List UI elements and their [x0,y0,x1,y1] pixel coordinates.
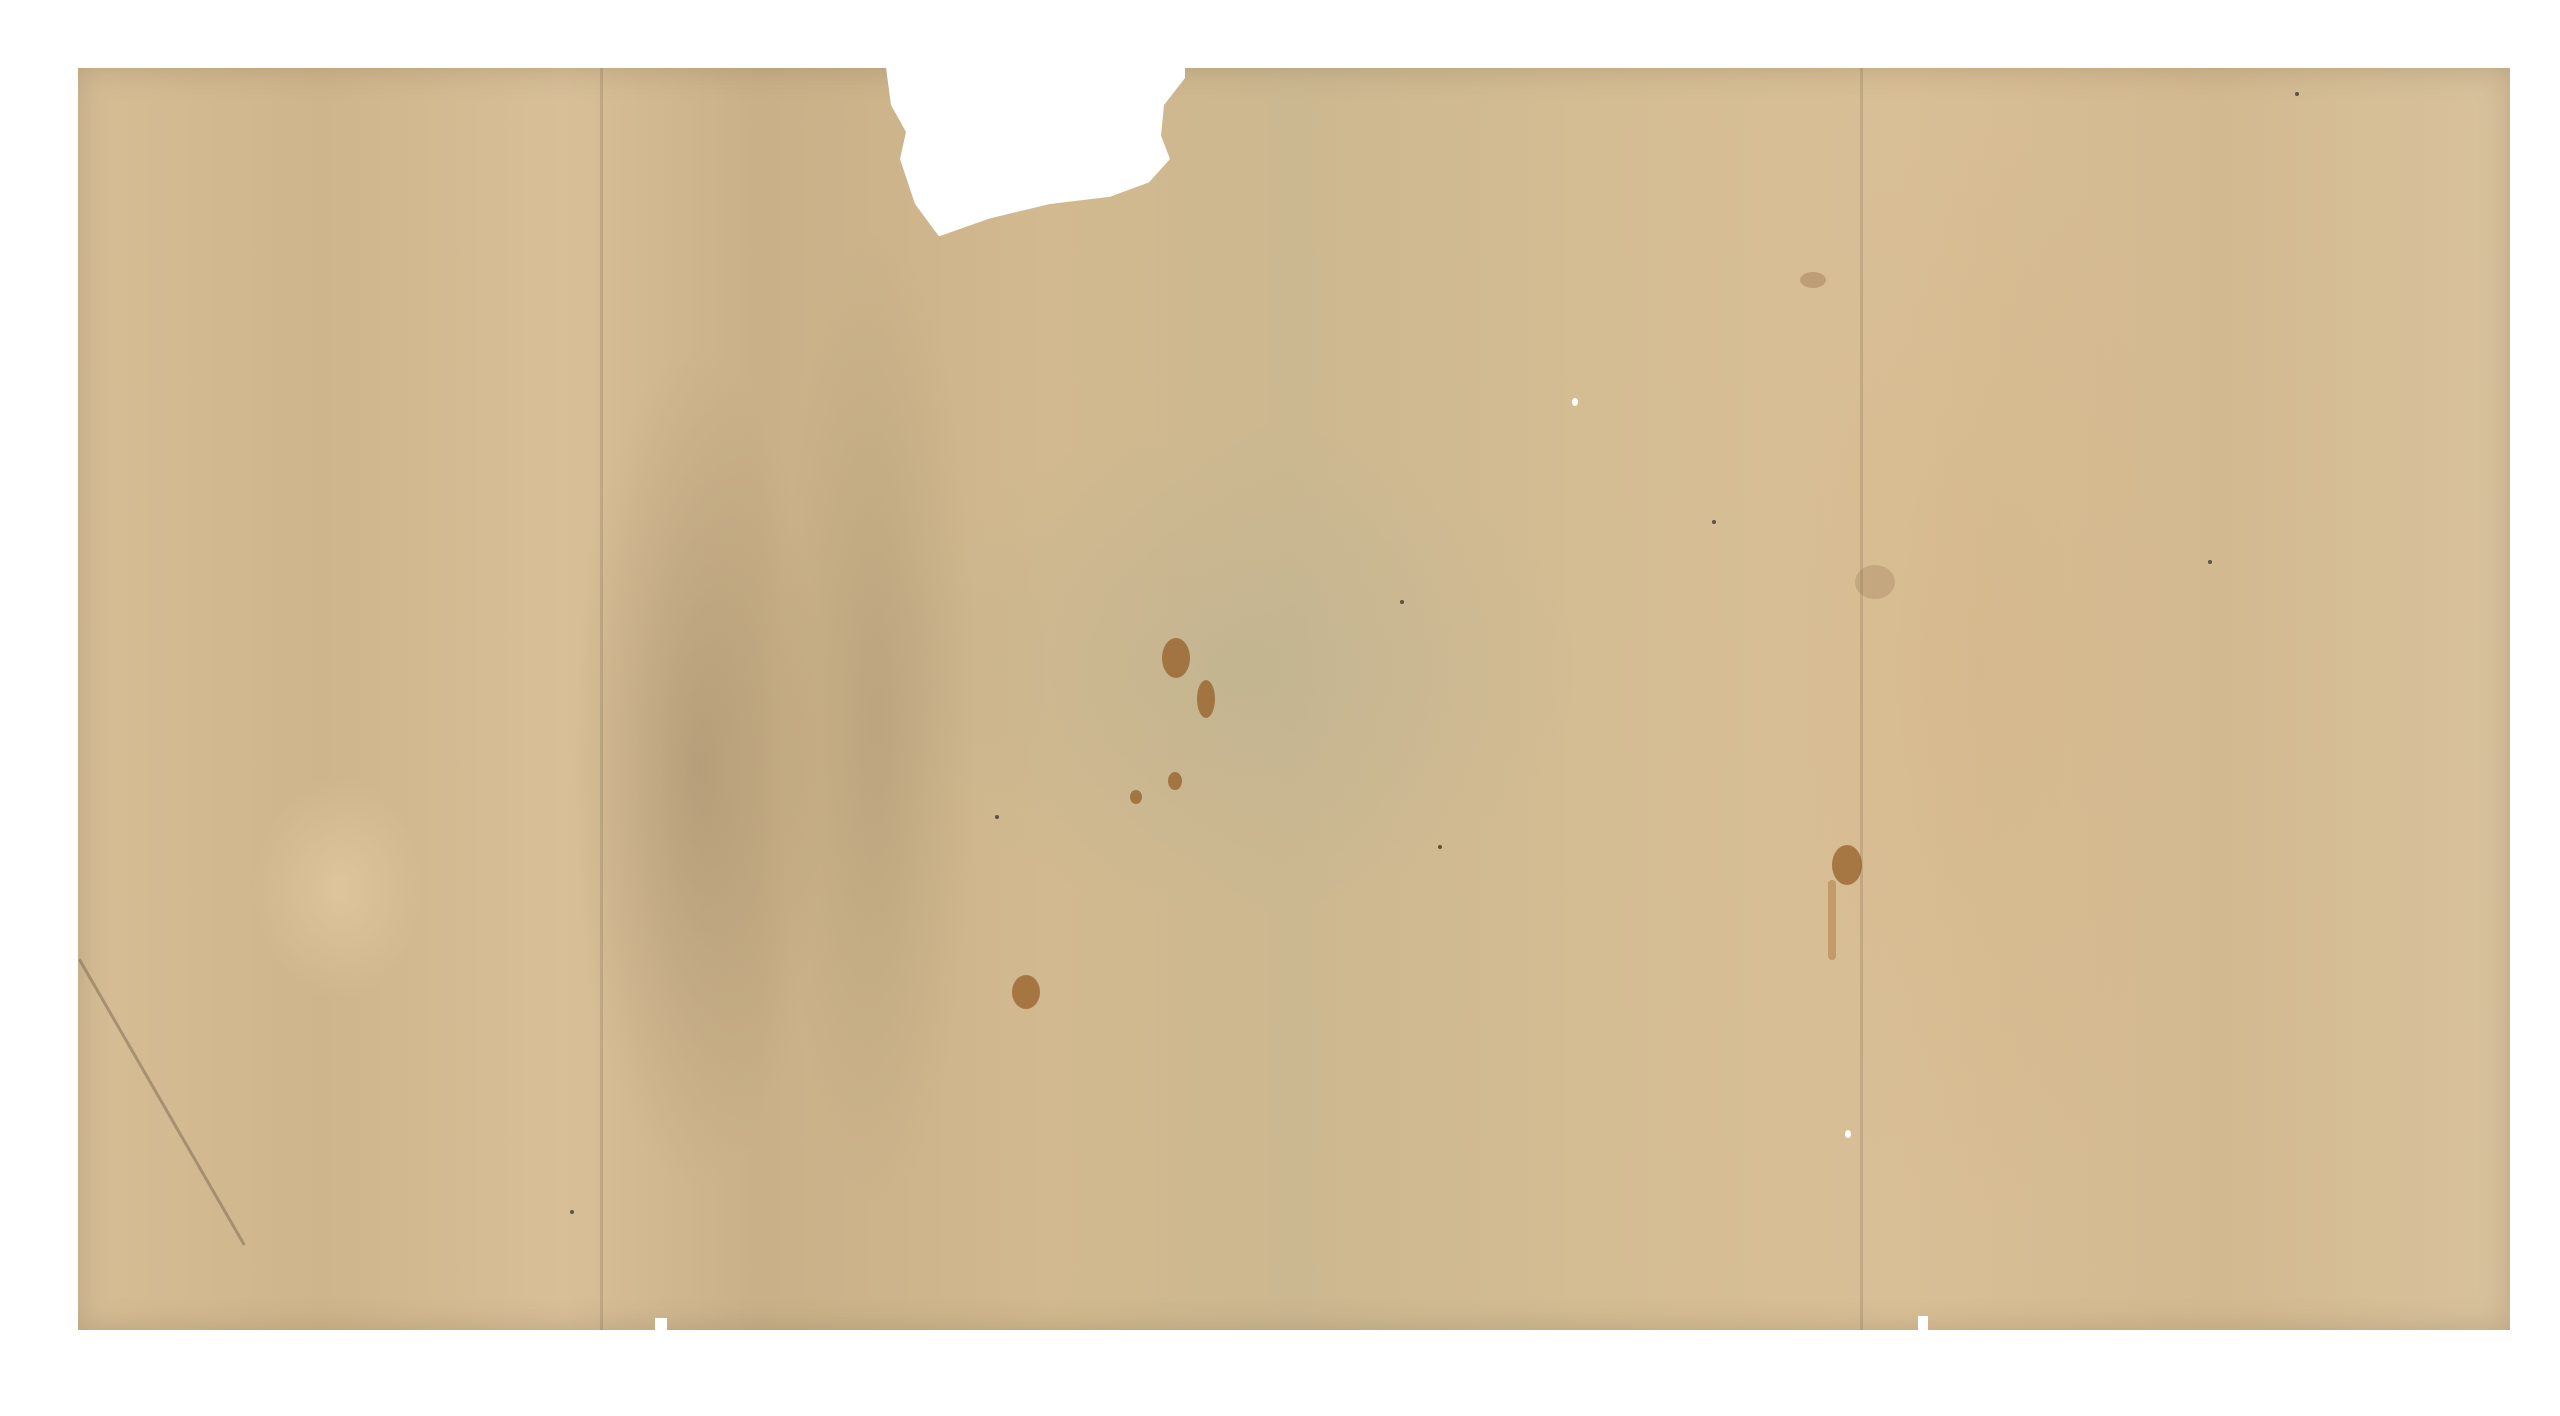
bottom-edge-nick [655,1318,667,1332]
dirt-speck [995,815,999,819]
dirt-speck [1438,845,1442,849]
bottom-edge-nick [1918,1316,1928,1332]
vertical-fold-crease [1860,68,1863,1330]
pinhole [1572,398,1578,406]
ink-stain [1168,772,1182,790]
ink-stain [1828,880,1836,960]
dirt-speck [1712,520,1716,524]
vertical-fold-crease [600,68,603,1330]
pinhole [1845,1130,1851,1138]
ink-stain [1162,638,1190,678]
ink-stain [1197,680,1215,718]
faint-stain [1855,565,1895,599]
dirt-speck [1400,600,1404,604]
ink-stain [1012,975,1040,1009]
dirt-speck [570,1210,574,1214]
dirt-speck [2208,560,2212,564]
faint-stain [1800,272,1826,288]
dirt-speck [2295,92,2299,96]
ink-stain [1832,845,1862,885]
aged-paper-sheet [78,68,2510,1330]
ink-stain [1130,790,1142,804]
